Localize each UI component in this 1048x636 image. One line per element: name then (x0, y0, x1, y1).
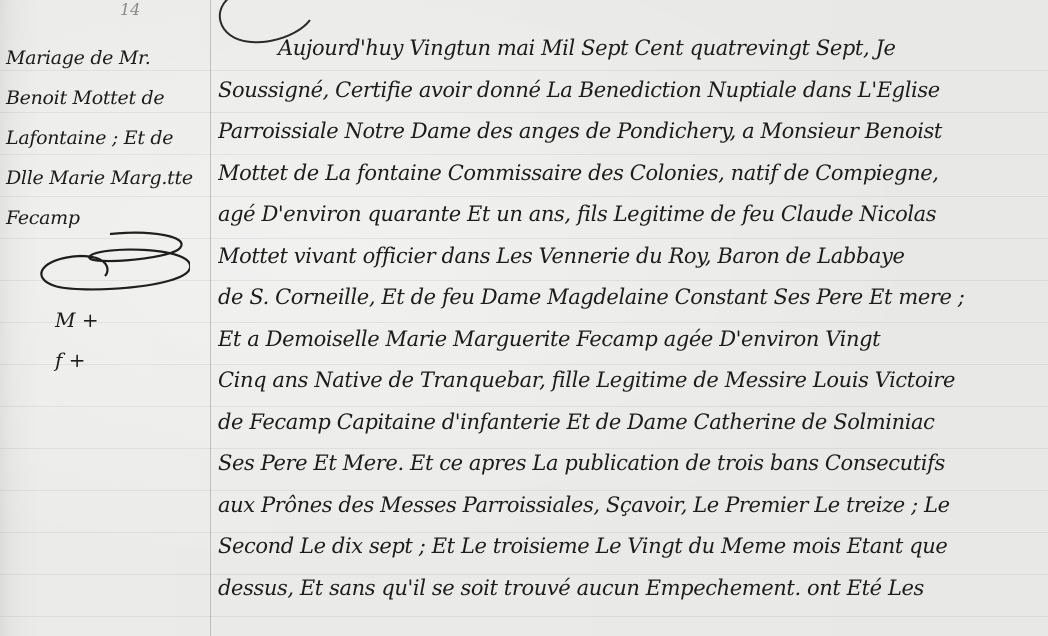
record-body: Aujourd'huy Vingtun mai Mil Sept Cent qu… (218, 28, 1048, 609)
record-line: de Fecamp Capitaine d'infanterie Et de D… (218, 402, 1048, 444)
manuscript-page: 14 Mariage de Mr. Benoit Mottet de Lafon… (0, 0, 1048, 636)
paraph-flourish-icon (20, 226, 190, 296)
record-line: Soussigné, Certifie avoir donné La Bened… (218, 70, 1048, 112)
margin-annotation: Mariage de Mr. Benoit Mottet de Lafontai… (6, 38, 206, 238)
margin-rule (210, 0, 211, 636)
record-line: agé D'environ quarante Et un ans, fils L… (218, 194, 1048, 236)
record-line: Et a Demoiselle Marie Marguerite Fecamp … (218, 319, 1048, 361)
ruled-line (0, 616, 1048, 617)
record-line: Second Le dix sept ; Et Le troisieme Le … (218, 526, 1048, 568)
margin-title-line: Lafontaine ; Et de (6, 118, 206, 158)
note-line: f + (55, 340, 99, 380)
note-line: M + (55, 300, 99, 340)
record-line: aux Prônes des Messes Parroissiales, Sça… (218, 485, 1048, 527)
record-line: Mottet de La fontaine Commissaire des Co… (218, 153, 1048, 195)
record-line: dessus, Et sans qu'il se soit trouvé auc… (218, 568, 1048, 610)
baptism-notes: M + f + (55, 300, 99, 380)
margin-title-line: Dlle Marie Marg.tte (6, 158, 206, 198)
record-line: de S. Corneille, Et de feu Dame Magdelai… (218, 277, 1048, 319)
record-line: Cinq ans Native de Tranquebar, fille Leg… (218, 360, 1048, 402)
margin-title-line: Mariage de Mr. (6, 38, 206, 78)
record-line: Parroissiale Notre Dame des anges de Pon… (218, 111, 1048, 153)
reference-mark: 14 (120, 0, 140, 19)
record-line: Aujourd'huy Vingtun mai Mil Sept Cent qu… (218, 28, 1048, 70)
margin-title-line: Benoit Mottet de (6, 78, 206, 118)
record-line: Mottet vivant officier dans Les Vennerie… (218, 236, 1048, 278)
record-line: Ses Pere Et Mere. Et ce apres La publica… (218, 443, 1048, 485)
